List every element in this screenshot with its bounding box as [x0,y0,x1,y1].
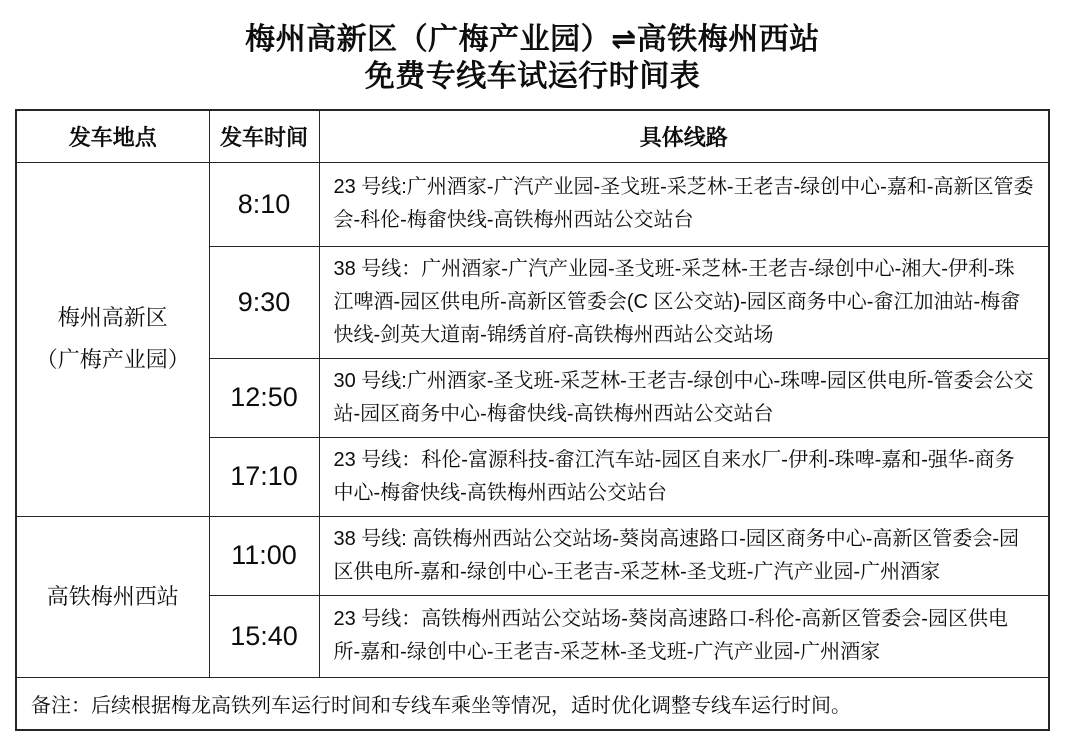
page-title: 梅州高新区（广梅产业园）⇌高铁梅州西站 免费专线车试运行时间表 [0,0,1065,95]
route-cell: 38 号线: 高铁梅州西站公交站场-葵岗高速路口-园区商务中心-高新区管委会-园… [319,516,1049,595]
note-cell: 备注：后续根据梅龙高铁列车运行时间和专线车乘坐等情况，适时优化调整专线车运行时间… [16,677,1049,730]
shuttle-timetable: 发车地点 发车时间 具体线路 梅州高新区 （广梅产业园） 8:10 23 号线:… [15,109,1050,731]
header-route-detail: 具体线路 [319,110,1049,162]
page-title-line1: 梅州高新区（广梅产业园）⇌高铁梅州西站 [0,21,1065,58]
location-line: （广梅产业园） [18,339,208,381]
header-departure-time: 发车时间 [209,110,319,162]
route-cell: 30 号线:广州酒家-圣戈班-采芝林-王老吉-绿创中心-珠啤-园区供电所-管委会… [319,358,1049,437]
table-row: 梅州高新区 （广梅产业园） 8:10 23 号线:广州酒家-广汽产业园-圣戈班-… [16,162,1049,246]
location-line: 梅州高新区 [18,297,208,339]
route-cell: 38 号线：广州酒家-广汽产业园-圣戈班-采芝林-王老吉-绿创中心-湘大-伊利-… [319,246,1049,358]
route-cell: 23 号线：科伦-富源科技-畲江汽车站-园区自来水厂-伊利-珠啤-嘉和-强华-商… [319,437,1049,516]
route-cell: 23 号线：高铁梅州西站公交站场-葵岗高速路口-科伦-高新区管委会-园区供电所-… [319,595,1049,677]
route-cell: 23 号线:广州酒家-广汽产业园-圣戈班-采芝林-王老吉-绿创中心-嘉和-高新区… [319,162,1049,246]
location-cell-meizhou-hitech: 梅州高新区 （广梅产业园） [16,162,209,516]
time-cell: 11:00 [209,516,319,595]
time-cell: 8:10 [209,162,319,246]
timetable-page: 梅州高新区（广梅产业园）⇌高铁梅州西站 免费专线车试运行时间表 发车地点 发车时… [0,0,1065,738]
header-row: 发车地点 发车时间 具体线路 [16,110,1049,162]
note-row: 备注：后续根据梅龙高铁列车运行时间和专线车乘坐等情况，适时优化调整专线车运行时间… [16,677,1049,730]
location-cell-meizhouxi-station: 高铁梅州西站 [16,516,209,677]
header-departure-location: 发车地点 [16,110,209,162]
time-cell: 15:40 [209,595,319,677]
time-cell: 12:50 [209,358,319,437]
table-row: 高铁梅州西站 11:00 38 号线: 高铁梅州西站公交站场-葵岗高速路口-园区… [16,516,1049,595]
page-title-line2: 免费专线车试运行时间表 [0,58,1065,95]
time-cell: 9:30 [209,246,319,358]
time-cell: 17:10 [209,437,319,516]
location-line: 高铁梅州西站 [18,576,208,618]
